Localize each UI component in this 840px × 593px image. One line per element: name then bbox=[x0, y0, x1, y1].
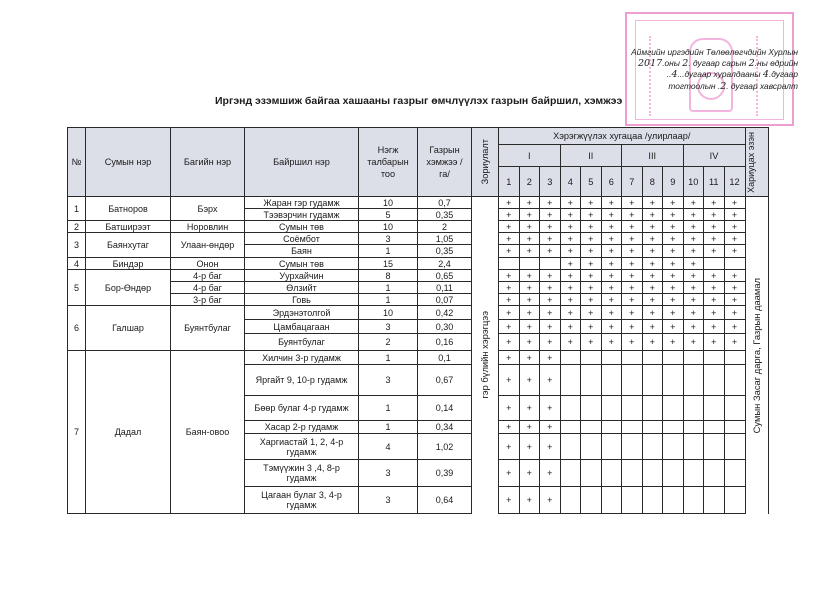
month-2-mark: + bbox=[519, 320, 540, 334]
location-text: Соёмбот bbox=[245, 234, 358, 244]
month-7-mark bbox=[622, 351, 643, 365]
month-6-mark: + bbox=[601, 294, 622, 306]
month-1-mark: + bbox=[499, 434, 520, 460]
month-12-mark: + bbox=[724, 270, 745, 282]
month-10-mark: + bbox=[683, 294, 704, 306]
header-month-4: 4 bbox=[560, 167, 581, 197]
month-11-mark: + bbox=[704, 209, 725, 221]
month-12-mark: + bbox=[724, 221, 745, 233]
header-unit-count: Нэгж талбарын тоо bbox=[359, 128, 418, 197]
month-8-mark: + bbox=[642, 209, 663, 221]
table-row: 2БатширээтНоровлинСумын төв102++++++++++… bbox=[68, 221, 769, 233]
month-6-mark: + bbox=[601, 209, 622, 221]
month-2-mark bbox=[519, 258, 540, 270]
month-3-mark: + bbox=[540, 320, 561, 334]
location-name: Жаран гэр гудамж bbox=[245, 197, 359, 209]
table-row: 4БиндэрОнонСумын төв152,4+++++++ bbox=[68, 258, 769, 270]
header-month-3: 3 bbox=[540, 167, 561, 197]
month-2-mark: + bbox=[519, 334, 540, 351]
month-8-mark: + bbox=[642, 245, 663, 258]
month-1-mark: + bbox=[499, 487, 520, 514]
header-quarter-4: IV bbox=[683, 145, 745, 167]
month-4-mark: + bbox=[560, 209, 581, 221]
month-12-mark: + bbox=[724, 233, 745, 245]
header-no: № bbox=[68, 128, 86, 197]
month-7-mark: + bbox=[622, 282, 643, 294]
row-number: 7 bbox=[68, 351, 86, 514]
month-4-mark: + bbox=[560, 320, 581, 334]
document-title: Иргэнд эзэмшиж байгаа хашааны газрыг өмч… bbox=[215, 95, 622, 107]
month-10-mark: + bbox=[683, 197, 704, 209]
month-6-mark: + bbox=[601, 221, 622, 233]
month-4-mark bbox=[560, 365, 581, 396]
unit-count: 1 bbox=[359, 294, 418, 306]
month-2-mark: + bbox=[519, 421, 540, 434]
month-10-mark bbox=[683, 421, 704, 434]
location-name: Буянтбулаг bbox=[245, 334, 359, 351]
location-text: Бөөр булаг 4-р гудамж bbox=[245, 403, 358, 413]
responsible-text: Сумын Засаг дарга, Газрын даамал bbox=[752, 278, 762, 433]
month-10-mark bbox=[683, 460, 704, 487]
month-1-mark: + bbox=[499, 245, 520, 258]
location-name: Хасар 2-р гудамж bbox=[245, 421, 359, 434]
location-name: Хилчин 3-р гудамж bbox=[245, 351, 359, 365]
month-8-mark: + bbox=[642, 306, 663, 320]
location-name: Өлзийт bbox=[245, 282, 359, 294]
month-8-mark bbox=[642, 460, 663, 487]
bag-name: Буянтбулаг bbox=[171, 306, 245, 351]
unit-count: 3 bbox=[359, 233, 418, 245]
month-5-mark bbox=[581, 460, 602, 487]
header-responsible: Хариуцах эзэн bbox=[745, 128, 768, 197]
month-11-mark bbox=[704, 351, 725, 365]
location-name: Тээвэрчин гудамж bbox=[245, 209, 359, 221]
month-1-mark: + bbox=[499, 421, 520, 434]
header-month-9: 9 bbox=[663, 167, 684, 197]
soum-name: Бор-Өндөр bbox=[86, 270, 171, 306]
header-month-6: 6 bbox=[601, 167, 622, 197]
month-11-mark bbox=[704, 487, 725, 514]
table-row: 4-р багӨлзийт10,11++++++++++++ bbox=[68, 282, 769, 294]
month-11-mark bbox=[704, 460, 725, 487]
header-quarter-1: I bbox=[499, 145, 561, 167]
month-10-mark: + bbox=[683, 233, 704, 245]
month-10-mark: + bbox=[683, 245, 704, 258]
land-area: 0,42 bbox=[418, 306, 472, 320]
bag-name: Баян-овоо bbox=[171, 351, 245, 514]
row-number: 2 bbox=[68, 221, 86, 233]
month-6-mark: + bbox=[601, 334, 622, 351]
unit-count: 3 bbox=[359, 487, 418, 514]
header-implementation-period: Хэрэгжүүлэх хугацаа /улирлаар/ bbox=[499, 128, 746, 145]
month-8-mark bbox=[642, 421, 663, 434]
unit-count: 10 bbox=[359, 306, 418, 320]
month-6-mark bbox=[601, 365, 622, 396]
land-area: 0,64 bbox=[418, 487, 472, 514]
location-name: Сумын төв bbox=[245, 221, 359, 233]
unit-count: 1 bbox=[359, 351, 418, 365]
location-text: Харгиастай 1, 2, 4-р гудамж bbox=[245, 437, 358, 457]
header-land-area: Газрын хэмжээ /га/ bbox=[418, 128, 472, 197]
month-5-mark bbox=[581, 434, 602, 460]
month-12-mark: + bbox=[724, 197, 745, 209]
location-text: Уурхайчин bbox=[245, 271, 358, 281]
month-12-mark bbox=[724, 487, 745, 514]
location-text: Баян bbox=[245, 246, 358, 256]
month-12-mark: + bbox=[724, 209, 745, 221]
month-11-mark: + bbox=[704, 294, 725, 306]
month-10-mark bbox=[683, 396, 704, 421]
month-5-mark: + bbox=[581, 294, 602, 306]
month-6-mark: + bbox=[601, 282, 622, 294]
unit-count: 4 bbox=[359, 434, 418, 460]
month-9-mark: + bbox=[663, 282, 684, 294]
month-7-mark bbox=[622, 396, 643, 421]
month-2-mark: + bbox=[519, 306, 540, 320]
month-7-mark bbox=[622, 434, 643, 460]
month-7-mark: + bbox=[622, 197, 643, 209]
month-11-mark: + bbox=[704, 270, 725, 282]
header-bag-name: Багийн нэр bbox=[171, 128, 245, 197]
month-6-mark: + bbox=[601, 258, 622, 270]
approval-line-1: Аймгийн иргэдийн Төлөөлөгчдийн Хурлын bbox=[631, 47, 798, 58]
unit-count: 3 bbox=[359, 365, 418, 396]
table-body: 1БатноровБэрхЖаран гэр гудамж100,7гэр бү… bbox=[68, 197, 769, 514]
header-month-8: 8 bbox=[642, 167, 663, 197]
month-5-mark: + bbox=[581, 258, 602, 270]
month-12-mark: + bbox=[724, 245, 745, 258]
land-area: 2,4 bbox=[418, 258, 472, 270]
soum-name: Батширээт bbox=[86, 221, 171, 233]
month-4-mark: + bbox=[560, 282, 581, 294]
land-area: 1,02 bbox=[418, 434, 472, 460]
location-name: Цамбацагаан bbox=[245, 320, 359, 334]
land-allocation-table: № Сумын нэр Багийн нэр Байршил нэр Нэгж … bbox=[67, 127, 769, 514]
month-9-mark bbox=[663, 487, 684, 514]
month-3-mark: + bbox=[540, 365, 561, 396]
month-9-mark bbox=[663, 460, 684, 487]
land-area: 0,34 bbox=[418, 421, 472, 434]
soum-name: Галшар bbox=[86, 306, 171, 351]
land-area: 0,07 bbox=[418, 294, 472, 306]
month-4-mark bbox=[560, 351, 581, 365]
table-row: 1БатноровБэрхЖаран гэр гудамж100,7гэр бү… bbox=[68, 197, 769, 209]
table-row: 3БаянхутагУлаан-өндөрСоёмбот31,05+++++++… bbox=[68, 233, 769, 245]
month-10-mark: + bbox=[683, 320, 704, 334]
month-11-mark: + bbox=[704, 245, 725, 258]
month-5-mark: + bbox=[581, 221, 602, 233]
location-text: Сумын төв bbox=[245, 259, 358, 269]
month-1-mark: + bbox=[499, 306, 520, 320]
unit-count: 5 bbox=[359, 209, 418, 221]
month-8-mark: + bbox=[642, 334, 663, 351]
month-9-mark bbox=[663, 396, 684, 421]
month-5-mark bbox=[581, 396, 602, 421]
land-area: 0,30 bbox=[418, 320, 472, 334]
month-6-mark: + bbox=[601, 270, 622, 282]
month-3-mark: + bbox=[540, 270, 561, 282]
month-9-mark: + bbox=[663, 233, 684, 245]
month-9-mark: + bbox=[663, 320, 684, 334]
month-2-mark: + bbox=[519, 365, 540, 396]
month-9-mark bbox=[663, 421, 684, 434]
bag-name: 4-р баг bbox=[171, 282, 245, 294]
header-month-1: 1 bbox=[499, 167, 520, 197]
month-4-mark bbox=[560, 434, 581, 460]
month-11-mark bbox=[704, 365, 725, 396]
location-name: Цагаан булаг 3, 4-р гудамж bbox=[245, 487, 359, 514]
header-quarter-3: III bbox=[622, 145, 684, 167]
month-11-mark bbox=[704, 396, 725, 421]
land-area: 0,14 bbox=[418, 396, 472, 421]
month-9-mark: + bbox=[663, 294, 684, 306]
month-4-mark: + bbox=[560, 221, 581, 233]
month-5-mark: + bbox=[581, 197, 602, 209]
soum-name: Баянхутаг bbox=[86, 233, 171, 258]
month-1-mark: + bbox=[499, 209, 520, 221]
month-4-mark: + bbox=[560, 334, 581, 351]
unit-count: 1 bbox=[359, 245, 418, 258]
month-6-mark: + bbox=[601, 197, 622, 209]
land-area: 0,7 bbox=[418, 197, 472, 209]
header-month-12: 12 bbox=[724, 167, 745, 197]
month-1-mark: + bbox=[499, 197, 520, 209]
month-2-mark: + bbox=[519, 233, 540, 245]
location-name: Яргайт 9, 10-р гудамж bbox=[245, 365, 359, 396]
month-1-mark: + bbox=[499, 365, 520, 396]
land-area: 0,67 bbox=[418, 365, 472, 396]
month-10-mark: + bbox=[683, 306, 704, 320]
month-4-mark: + bbox=[560, 306, 581, 320]
month-5-mark bbox=[581, 365, 602, 396]
header-quarter-2: II bbox=[560, 145, 622, 167]
unit-count: 10 bbox=[359, 197, 418, 209]
bag-name: Бэрх bbox=[171, 197, 245, 221]
month-5-mark: + bbox=[581, 270, 602, 282]
month-12-mark bbox=[724, 258, 745, 270]
purpose-text: гэр бүлийн хэрэгцээ bbox=[480, 311, 490, 399]
month-4-mark bbox=[560, 460, 581, 487]
month-6-mark bbox=[601, 487, 622, 514]
location-name: Соёмбот bbox=[245, 233, 359, 245]
month-1-mark: + bbox=[499, 221, 520, 233]
month-5-mark bbox=[581, 487, 602, 514]
month-3-mark: + bbox=[540, 334, 561, 351]
location-text: Жаран гэр гудамж bbox=[245, 198, 358, 208]
month-2-mark: + bbox=[519, 434, 540, 460]
month-7-mark bbox=[622, 487, 643, 514]
land-area: 2 bbox=[418, 221, 472, 233]
location-text: Говь bbox=[245, 295, 358, 305]
approval-note: Аймгийн иргэдийн Төлөөлөгчдийн Хурлын 20… bbox=[631, 47, 798, 92]
unit-count: 1 bbox=[359, 396, 418, 421]
month-1-mark: + bbox=[499, 396, 520, 421]
table-header: № Сумын нэр Багийн нэр Байршил нэр Нэгж … bbox=[68, 128, 769, 197]
unit-count: 8 bbox=[359, 270, 418, 282]
unit-count: 2 bbox=[359, 334, 418, 351]
month-8-mark: + bbox=[642, 258, 663, 270]
month-9-mark: + bbox=[663, 245, 684, 258]
soum-name: Дадал bbox=[86, 351, 171, 514]
month-7-mark: + bbox=[622, 233, 643, 245]
land-area: 0,1 bbox=[418, 351, 472, 365]
month-9-mark: + bbox=[663, 334, 684, 351]
month-1-mark: + bbox=[499, 233, 520, 245]
location-text: Цагаан булаг 3, 4-р гудамж bbox=[245, 490, 358, 510]
location-name: Эрдэнэтолгой bbox=[245, 306, 359, 320]
month-4-mark: + bbox=[560, 294, 581, 306]
month-12-mark bbox=[724, 434, 745, 460]
month-12-mark: + bbox=[724, 334, 745, 351]
month-6-mark bbox=[601, 421, 622, 434]
month-1-mark: + bbox=[499, 270, 520, 282]
month-6-mark: + bbox=[601, 306, 622, 320]
row-number: 3 bbox=[68, 233, 86, 258]
land-area: 1,05 bbox=[418, 233, 472, 245]
month-3-mark: + bbox=[540, 434, 561, 460]
month-6-mark: + bbox=[601, 245, 622, 258]
month-8-mark: + bbox=[642, 221, 663, 233]
land-area: 0,35 bbox=[418, 209, 472, 221]
month-4-mark: + bbox=[560, 258, 581, 270]
unit-count: 1 bbox=[359, 421, 418, 434]
month-2-mark: + bbox=[519, 245, 540, 258]
month-11-mark: + bbox=[704, 282, 725, 294]
month-10-mark bbox=[683, 487, 704, 514]
header-month-10: 10 bbox=[683, 167, 704, 197]
header-month-5: 5 bbox=[581, 167, 602, 197]
month-5-mark: + bbox=[581, 282, 602, 294]
month-9-mark: + bbox=[663, 306, 684, 320]
header-purpose: Зориулалт bbox=[472, 128, 499, 197]
location-text: Сумын төв bbox=[245, 222, 358, 232]
approval-line-2: 2017.оны 2. дугаар сарын 2.ны өдрийн bbox=[631, 58, 798, 70]
location-name: Уурхайчин bbox=[245, 270, 359, 282]
month-11-mark: + bbox=[704, 233, 725, 245]
month-1-mark: + bbox=[499, 282, 520, 294]
month-8-mark bbox=[642, 487, 663, 514]
month-5-mark: + bbox=[581, 306, 602, 320]
location-name: Тэмүүжин 3 ,4, 8-р гудамж bbox=[245, 460, 359, 487]
month-8-mark: + bbox=[642, 270, 663, 282]
month-8-mark: + bbox=[642, 320, 663, 334]
month-10-mark bbox=[683, 365, 704, 396]
month-2-mark: + bbox=[519, 221, 540, 233]
row-number: 5 bbox=[68, 270, 86, 306]
month-8-mark bbox=[642, 434, 663, 460]
month-4-mark: + bbox=[560, 270, 581, 282]
location-text: Хасар 2-р гудамж bbox=[245, 422, 358, 432]
month-1-mark bbox=[499, 258, 520, 270]
month-11-mark: + bbox=[704, 197, 725, 209]
land-area: 0,16 bbox=[418, 334, 472, 351]
location-text: Эрдэнэтолгой bbox=[245, 308, 358, 318]
month-3-mark: + bbox=[540, 396, 561, 421]
month-10-mark: + bbox=[683, 258, 704, 270]
month-9-mark: + bbox=[663, 221, 684, 233]
approval-line-4: тогтоолын .2. дугаар хавсралт bbox=[631, 81, 798, 93]
month-5-mark: + bbox=[581, 245, 602, 258]
location-text: Цамбацагаан bbox=[245, 322, 358, 332]
month-12-mark: + bbox=[724, 320, 745, 334]
month-10-mark: + bbox=[683, 221, 704, 233]
month-12-mark bbox=[724, 351, 745, 365]
month-8-mark bbox=[642, 351, 663, 365]
month-9-mark bbox=[663, 351, 684, 365]
row-number: 4 bbox=[68, 258, 86, 270]
month-3-mark: + bbox=[540, 233, 561, 245]
bag-name: 4-р баг bbox=[171, 270, 245, 282]
month-4-mark: + bbox=[560, 233, 581, 245]
unit-count: 3 bbox=[359, 460, 418, 487]
table-row: 5Бор-Өндөр4-р багУурхайчин80,65+++++++++… bbox=[68, 270, 769, 282]
month-2-mark: + bbox=[519, 270, 540, 282]
month-7-mark bbox=[622, 365, 643, 396]
month-7-mark: + bbox=[622, 258, 643, 270]
month-7-mark: + bbox=[622, 245, 643, 258]
month-5-mark: + bbox=[581, 334, 602, 351]
month-4-mark: + bbox=[560, 245, 581, 258]
month-5-mark: + bbox=[581, 209, 602, 221]
month-5-mark bbox=[581, 351, 602, 365]
location-name: Баян bbox=[245, 245, 359, 258]
location-text: Тэмүүжин 3 ,4, 8-р гудамж bbox=[245, 463, 358, 483]
month-10-mark: + bbox=[683, 209, 704, 221]
month-7-mark: + bbox=[622, 334, 643, 351]
month-3-mark: + bbox=[540, 245, 561, 258]
month-3-mark: + bbox=[540, 294, 561, 306]
month-8-mark bbox=[642, 396, 663, 421]
header-month-11: 11 bbox=[704, 167, 725, 197]
month-8-mark bbox=[642, 365, 663, 396]
approval-line-3: ..4...дугаар хуралдааны 4.дугаар bbox=[631, 69, 798, 81]
month-12-mark: + bbox=[724, 282, 745, 294]
month-10-mark: + bbox=[683, 282, 704, 294]
bag-name: Норовлин bbox=[171, 221, 245, 233]
month-3-mark: + bbox=[540, 487, 561, 514]
month-7-mark bbox=[622, 460, 643, 487]
month-12-mark bbox=[724, 460, 745, 487]
bag-name: 3-р баг bbox=[171, 294, 245, 306]
month-6-mark bbox=[601, 396, 622, 421]
month-11-mark: + bbox=[704, 306, 725, 320]
month-3-mark: + bbox=[540, 282, 561, 294]
land-area: 0,39 bbox=[418, 460, 472, 487]
month-12-mark: + bbox=[724, 306, 745, 320]
month-1-mark: + bbox=[499, 460, 520, 487]
month-7-mark: + bbox=[622, 221, 643, 233]
month-7-mark: + bbox=[622, 320, 643, 334]
month-3-mark: + bbox=[540, 209, 561, 221]
month-5-mark bbox=[581, 421, 602, 434]
row-number: 6 bbox=[68, 306, 86, 351]
location-name: Бөөр булаг 4-р гудамж bbox=[245, 396, 359, 421]
month-12-mark bbox=[724, 396, 745, 421]
month-3-mark: + bbox=[540, 460, 561, 487]
month-3-mark bbox=[540, 258, 561, 270]
purpose-cell: гэр бүлийн хэрэгцээ bbox=[472, 197, 499, 514]
soum-name: Биндэр bbox=[86, 258, 171, 270]
month-1-mark: + bbox=[499, 320, 520, 334]
month-2-mark: + bbox=[519, 460, 540, 487]
month-11-mark bbox=[704, 258, 725, 270]
location-text: Өлзийт bbox=[245, 283, 358, 293]
soum-name: Батноров bbox=[86, 197, 171, 221]
month-4-mark: + bbox=[560, 197, 581, 209]
location-name: Харгиастай 1, 2, 4-р гудамж bbox=[245, 434, 359, 460]
month-1-mark: + bbox=[499, 351, 520, 365]
month-7-mark: + bbox=[622, 294, 643, 306]
